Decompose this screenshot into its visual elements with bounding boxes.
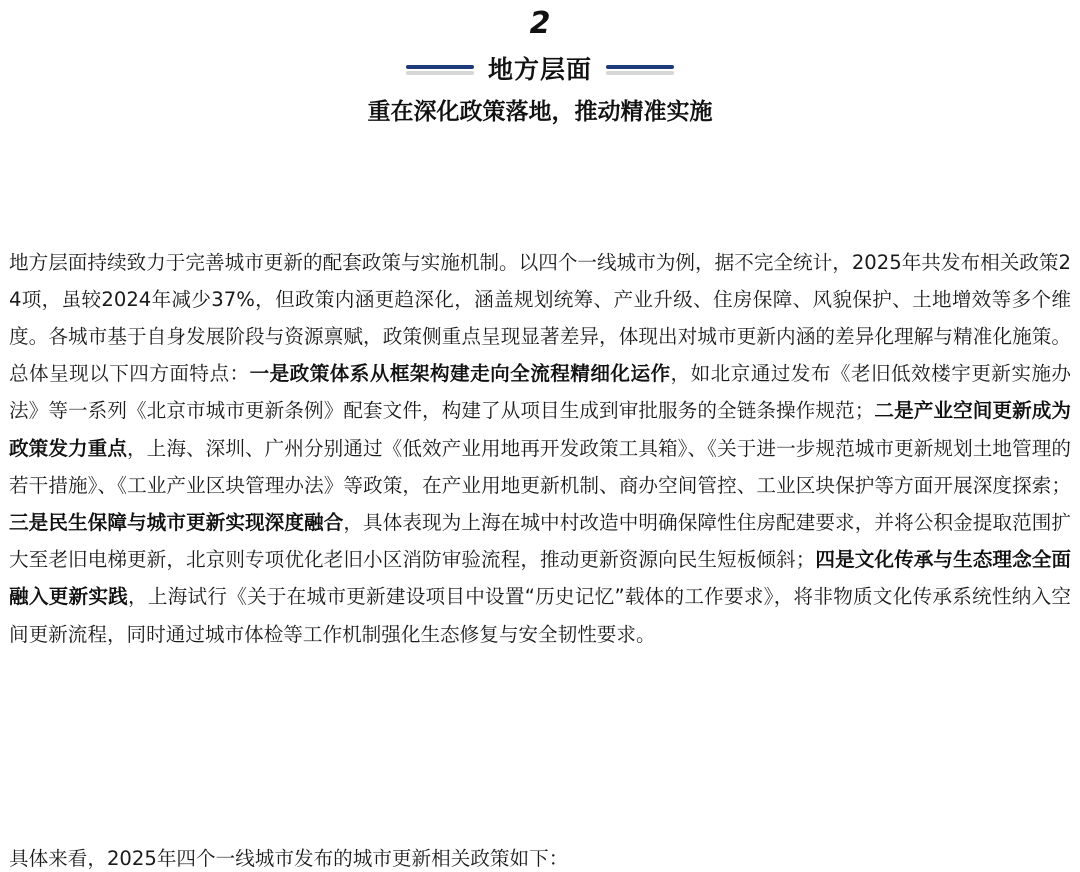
key-point-1: 一是政策体系从框架构建走向全流程精细化运作	[250, 362, 671, 385]
left-decorative-line-icon	[406, 65, 474, 75]
body-text: ，上海、深圳、广州分别通过《低效产业用地再开发政策工具箱》、《关于进一步规范城市…	[9, 437, 1071, 497]
section-title: 地方层面	[488, 50, 592, 90]
section-title-row: 地方层面	[0, 50, 1080, 90]
body-paragraph: 地方层面持续致力于完善城市更新的配套政策与实施机制。以四个一线城市为例，据不完全…	[9, 244, 1071, 653]
closing-paragraph: 具体来看，2025年四个一线城市发布的城市更新相关政策如下：	[9, 840, 1071, 872]
gray-bar	[406, 71, 474, 75]
key-point-3: 三是民生保障与城市更新实现深度融合	[9, 511, 343, 534]
gray-bar	[606, 71, 674, 75]
navy-bar	[606, 65, 674, 69]
section-number: 2	[0, 6, 1080, 42]
section-subtitle: 重在深化政策落地，推动精准实施	[0, 94, 1080, 130]
body-text: ，上海试行《关于在城市更新建设项目中设置“历史记忆”载体的工作要求》，将非物质文…	[9, 585, 1071, 645]
right-decorative-line-icon	[606, 65, 674, 75]
navy-bar	[406, 65, 474, 69]
